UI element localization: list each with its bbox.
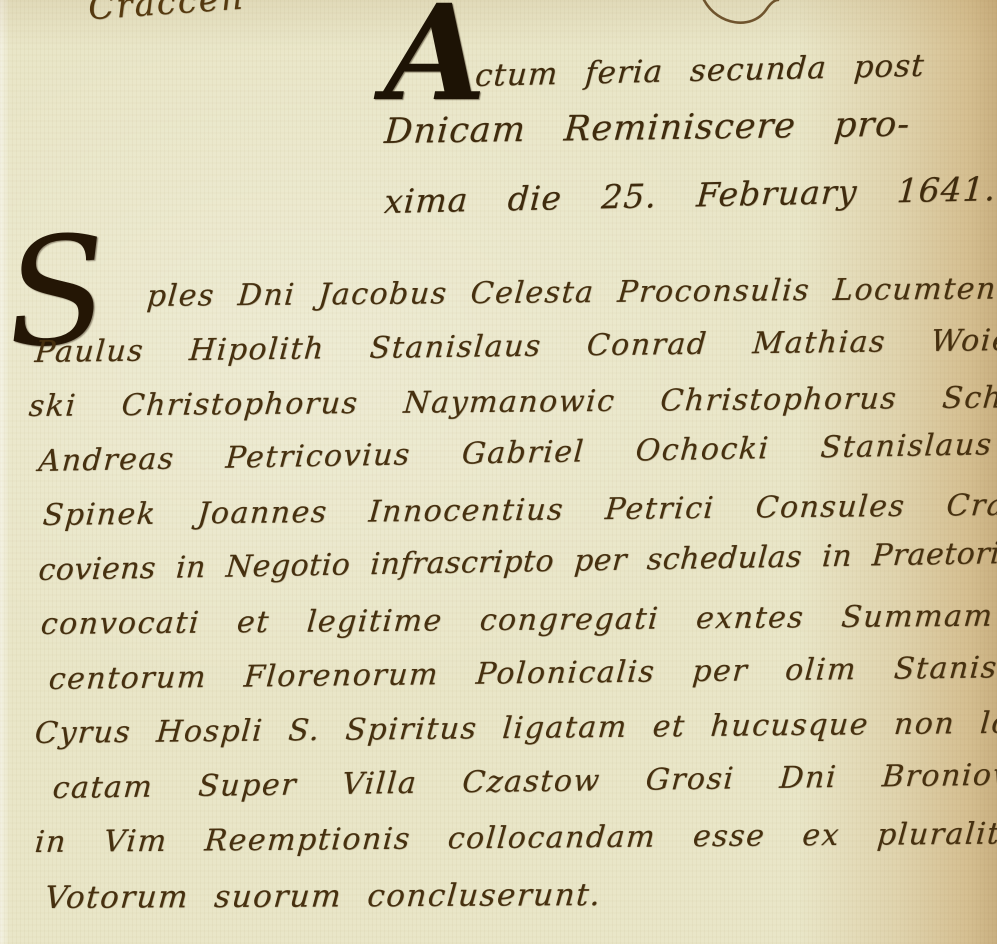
manuscript-line: in Vim Reemptionis collocandam esse ex p… bbox=[32, 817, 970, 880]
manuscript-line: Votorum suorum concluserunt. bbox=[42, 875, 970, 934]
manuscript-line: centorum Florenorum Polonicalis per olim… bbox=[46, 650, 970, 716]
heading-word-reminiscere: Reminiscere pro- bbox=[563, 105, 912, 150]
manuscript-page: Craccen A ctum feria secunda post Dnicam… bbox=[0, 0, 997, 944]
heading-line-1: ctum feria secunda post bbox=[474, 48, 926, 94]
heading-initial-letter: A bbox=[384, 0, 486, 120]
heading-word-dnicam: Dnicam bbox=[383, 110, 527, 152]
heading-line-3-date: xima die 25. February 1641. bbox=[383, 169, 997, 221]
pen-flourish-mark bbox=[700, 0, 796, 32]
heading-line-2: Dnicam Reminiscere pro- bbox=[383, 105, 912, 152]
cut-off-word-fragment: Craccen bbox=[87, 0, 246, 28]
body-text-block: ples Dni Jacobus Celesta Proconsulis Loc… bbox=[26, 280, 966, 934]
manuscript-line: Paulus Hipolith Stanislaus Conrad Mathia… bbox=[32, 323, 970, 389]
